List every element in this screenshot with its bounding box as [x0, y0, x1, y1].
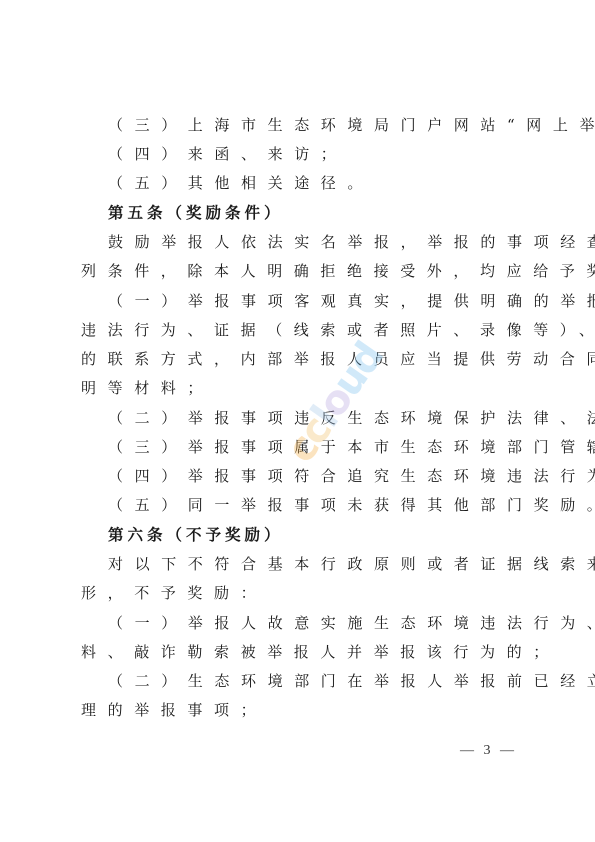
list-item-channel-5: （五）其他相关途径。: [108, 172, 548, 194]
condition-4: （四）举报事项符合追究生态环境违法行为的时效；: [108, 465, 548, 487]
paragraph-line: 对以下不符合基本行政原则或者证据线索来源不正当的情: [108, 553, 548, 575]
condition-1-line: 的联系方式，内部举报人员应当提供劳动合同、业务往来情况说: [81, 348, 521, 370]
condition-1-line: 明等材料；: [81, 377, 521, 399]
paragraph-line: 形，不予奖励：: [81, 582, 521, 604]
list-item-channel-4: （四）来函、来访；: [108, 143, 548, 165]
list-item-channel-3: （三）上海市生态环境局门户网站“网上举报”栏目；: [108, 114, 548, 136]
page-number: — 3 —: [460, 743, 517, 759]
exclusion-2-line: （二）生态环境部门在举报人举报前已经立案或者调查、处: [108, 670, 548, 692]
exclusion-1-line: 料、敲诈勒索被举报人并举报该行为的；: [81, 641, 521, 663]
exclusion-2-line: 理的举报事项；: [81, 699, 521, 721]
article-5-heading: 第五条（奖励条件）: [108, 202, 548, 224]
paragraph-line: 鼓励举报人依法实名举报，举报的事项经查证属实，符合下: [108, 231, 548, 253]
exclusion-1-line: （一）举报人故意实施生态环境违法行为、捏造虚假举报材: [108, 612, 548, 634]
condition-1-line: （一）举报事项客观真实，提供明确的举报对象和生态环境: [108, 290, 548, 312]
condition-5: （五）同一举报事项未获得其他部门奖励。: [108, 494, 548, 516]
article-6-heading: 第六条（不予奖励）: [108, 524, 548, 546]
paragraph-line: 列条件，除本人明确拒绝接受外，均应给予奖励：: [81, 260, 521, 282]
condition-1-line: 违法行为、证据（线索或者照片、录像等）、真实身份以及有效: [81, 319, 521, 341]
document-page: （三）上海市生态环境局门户网站“网上举报”栏目； （四）来函、来访； （五）其他…: [0, 0, 595, 842]
